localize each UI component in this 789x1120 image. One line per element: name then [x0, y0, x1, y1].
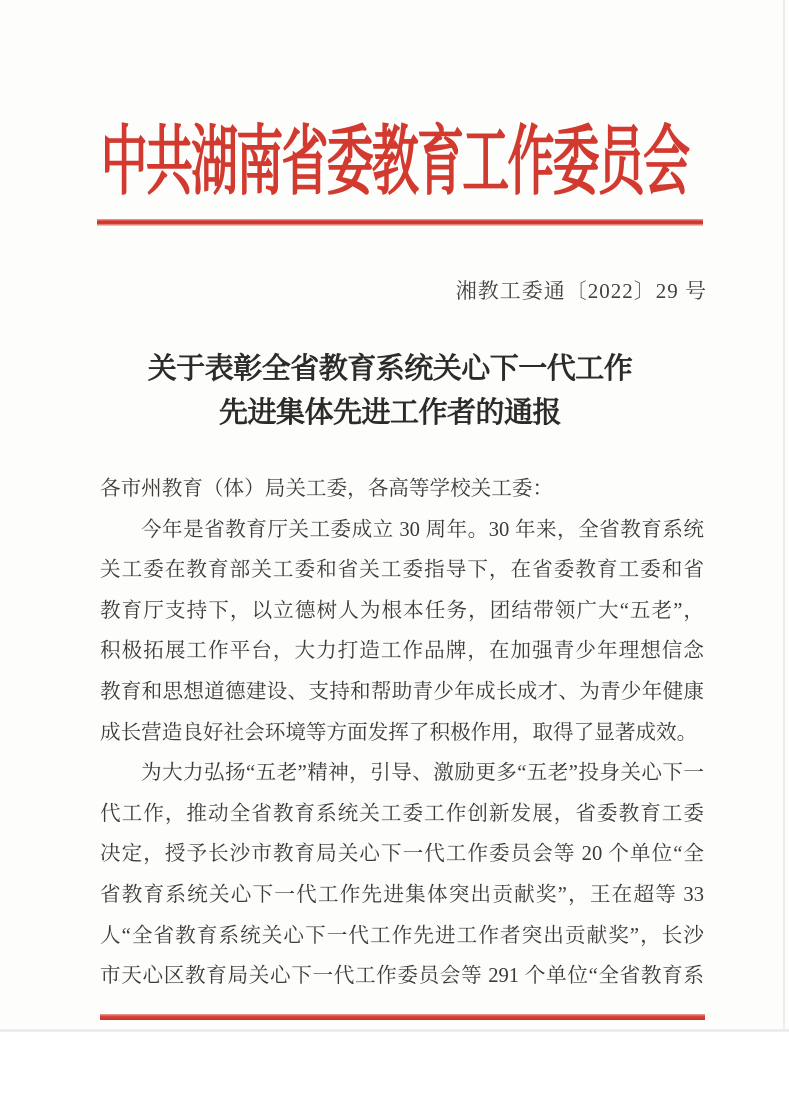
body-line: 代工作，推动全省教育系统关工委工作创新发展，省委教育工委	[100, 794, 704, 835]
body-line: 积极拓展工作平台，大力打造工作品牌，在加强青少年理想信念	[100, 631, 704, 672]
body-line: 各市州教育（体）局关工委，各高等学校关工委：	[100, 469, 704, 510]
letterhead-red-rule	[97, 219, 703, 226]
notice-title-line-2: 先进集体先进工作者的通报	[90, 391, 690, 435]
body-line: 决定，授予长沙市教育局关心下一代工作委员会等 20 个单位“全	[100, 834, 704, 875]
below-page-area	[0, 1032, 789, 1120]
page-bottom-red-line	[100, 1014, 705, 1020]
body-line: 人“全省教育系统关心下一代工作先进工作者突出贡献奖”，长沙	[100, 916, 704, 957]
body-line: 成长营造良好社会环境等方面发挥了积极作用，取得了显著成效。	[100, 713, 704, 754]
letterhead-org-name: 中共湖南省委教育工作委员会	[101, 126, 689, 202]
body-line: 关工委在教育部关工委和省关工委指导下，在省委教育工委和省	[100, 550, 704, 591]
notice-title-line-1: 关于表彰全省教育系统关心下一代工作	[90, 347, 690, 391]
notice-body: 各市州教育（体）局关工委，各高等学校关工委：今年是省教育厅关工委成立 30 周年…	[100, 469, 704, 997]
body-line: 今年是省教育厅关工委成立 30 周年。30 年来，全省教育系统	[100, 510, 704, 551]
notice-title: 关于表彰全省教育系统关心下一代工作 先进集体先进工作者的通报	[90, 347, 690, 435]
body-line: 教育和思想道德建设、支持和帮助青少年成长成才、为青少年健康	[100, 672, 704, 713]
body-line: 市天心区教育局关心下一代工作委员会等 291 个单位“全省教育系	[100, 956, 704, 997]
body-line: 教育厅支持下，以立德树人为根本任务，团结带领广大“五老”，	[100, 591, 704, 632]
document-number: 湘教工委通〔2022〕29 号	[100, 275, 707, 305]
letterhead: 中共湖南省委教育工作委员会	[0, 126, 789, 173]
body-line: 为大力弘扬“五老”精神，引导、激励更多“五老”投身关心下一	[100, 753, 704, 794]
body-line: 省教育系统关心下一代工作先进集体突出贡献奖”，王在超等 33	[100, 875, 704, 916]
document-page: 中共湖南省委教育工作委员会 湘教工委通〔2022〕29 号 关于表彰全省教育系统…	[0, 0, 789, 1120]
page-right-edge	[783, 0, 785, 1029]
